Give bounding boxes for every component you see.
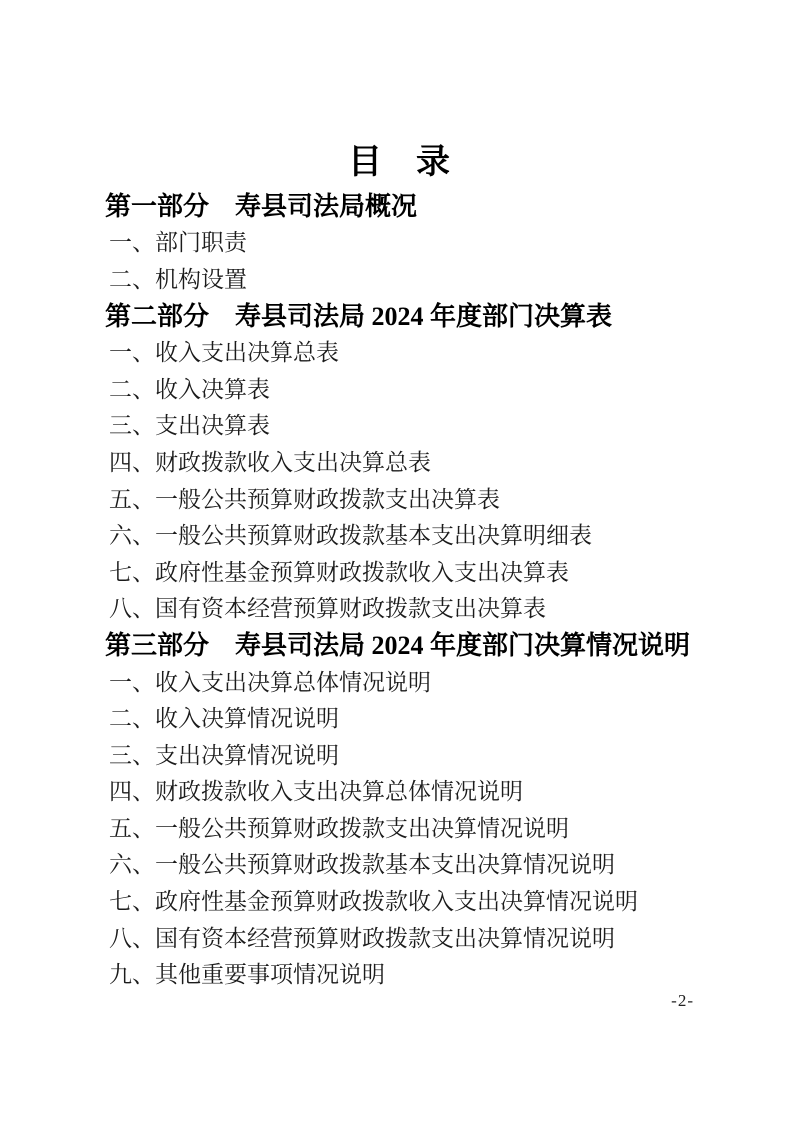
toc-entry: 一、收入支出决算总表 (105, 332, 733, 369)
toc-entry: 六、一般公共预算财政拨款基本支出决算明细表 (105, 515, 733, 552)
toc-entry: 三、支出决算情况说明 (105, 735, 733, 772)
table-of-contents: 第一部分 寿县司法局概况 一、部门职责 二、机构设置 第二部分 寿县司法局 20… (105, 186, 733, 991)
toc-entry: 五、一般公共预算财政拨款支出决算表 (105, 479, 733, 516)
document-page: 目 录 第一部分 寿县司法局概况 一、部门职责 二、机构设置 第二部分 寿县司法… (0, 0, 793, 1122)
page-title: 目 录 (105, 141, 693, 185)
toc-section-3-heading: 第三部分 寿县司法局 2024 年度部门决算情况说明 (105, 625, 733, 662)
page-number: -2- (671, 991, 694, 1011)
toc-entry: 三、支出决算表 (105, 406, 733, 443)
toc-entry: 七、政府性基金预算财政拨款收入支出决算表 (105, 552, 733, 589)
toc-entry: 五、一般公共预算财政拨款支出决算情况说明 (105, 808, 733, 845)
toc-entry: 九、其他重要事项情况说明 (105, 954, 733, 991)
toc-entry: 六、一般公共预算财政拨款基本支出决算情况说明 (105, 845, 733, 882)
toc-entry: 四、财政拨款收入支出决算总表 (105, 442, 733, 479)
toc-entry: 四、财政拨款收入支出决算总体情况说明 (105, 772, 733, 809)
toc-entry: 八、国有资本经营预算财政拨款支出决算表 (105, 589, 733, 626)
toc-entry: 二、收入决算表 (105, 369, 733, 406)
toc-entry: 七、政府性基金预算财政拨款收入支出决算情况说明 (105, 881, 733, 918)
toc-section-1-heading: 第一部分 寿县司法局概况 (105, 186, 733, 223)
toc-entry: 一、收入支出决算总体情况说明 (105, 662, 733, 699)
toc-entry: 八、国有资本经营预算财政拨款支出决算情况说明 (105, 918, 733, 955)
toc-entry: 二、机构设置 (105, 259, 733, 296)
toc-entry: 二、收入决算情况说明 (105, 698, 733, 735)
toc-entry: 一、部门职责 (105, 223, 733, 260)
toc-section-2-heading: 第二部分 寿县司法局 2024 年度部门决算表 (105, 296, 733, 333)
